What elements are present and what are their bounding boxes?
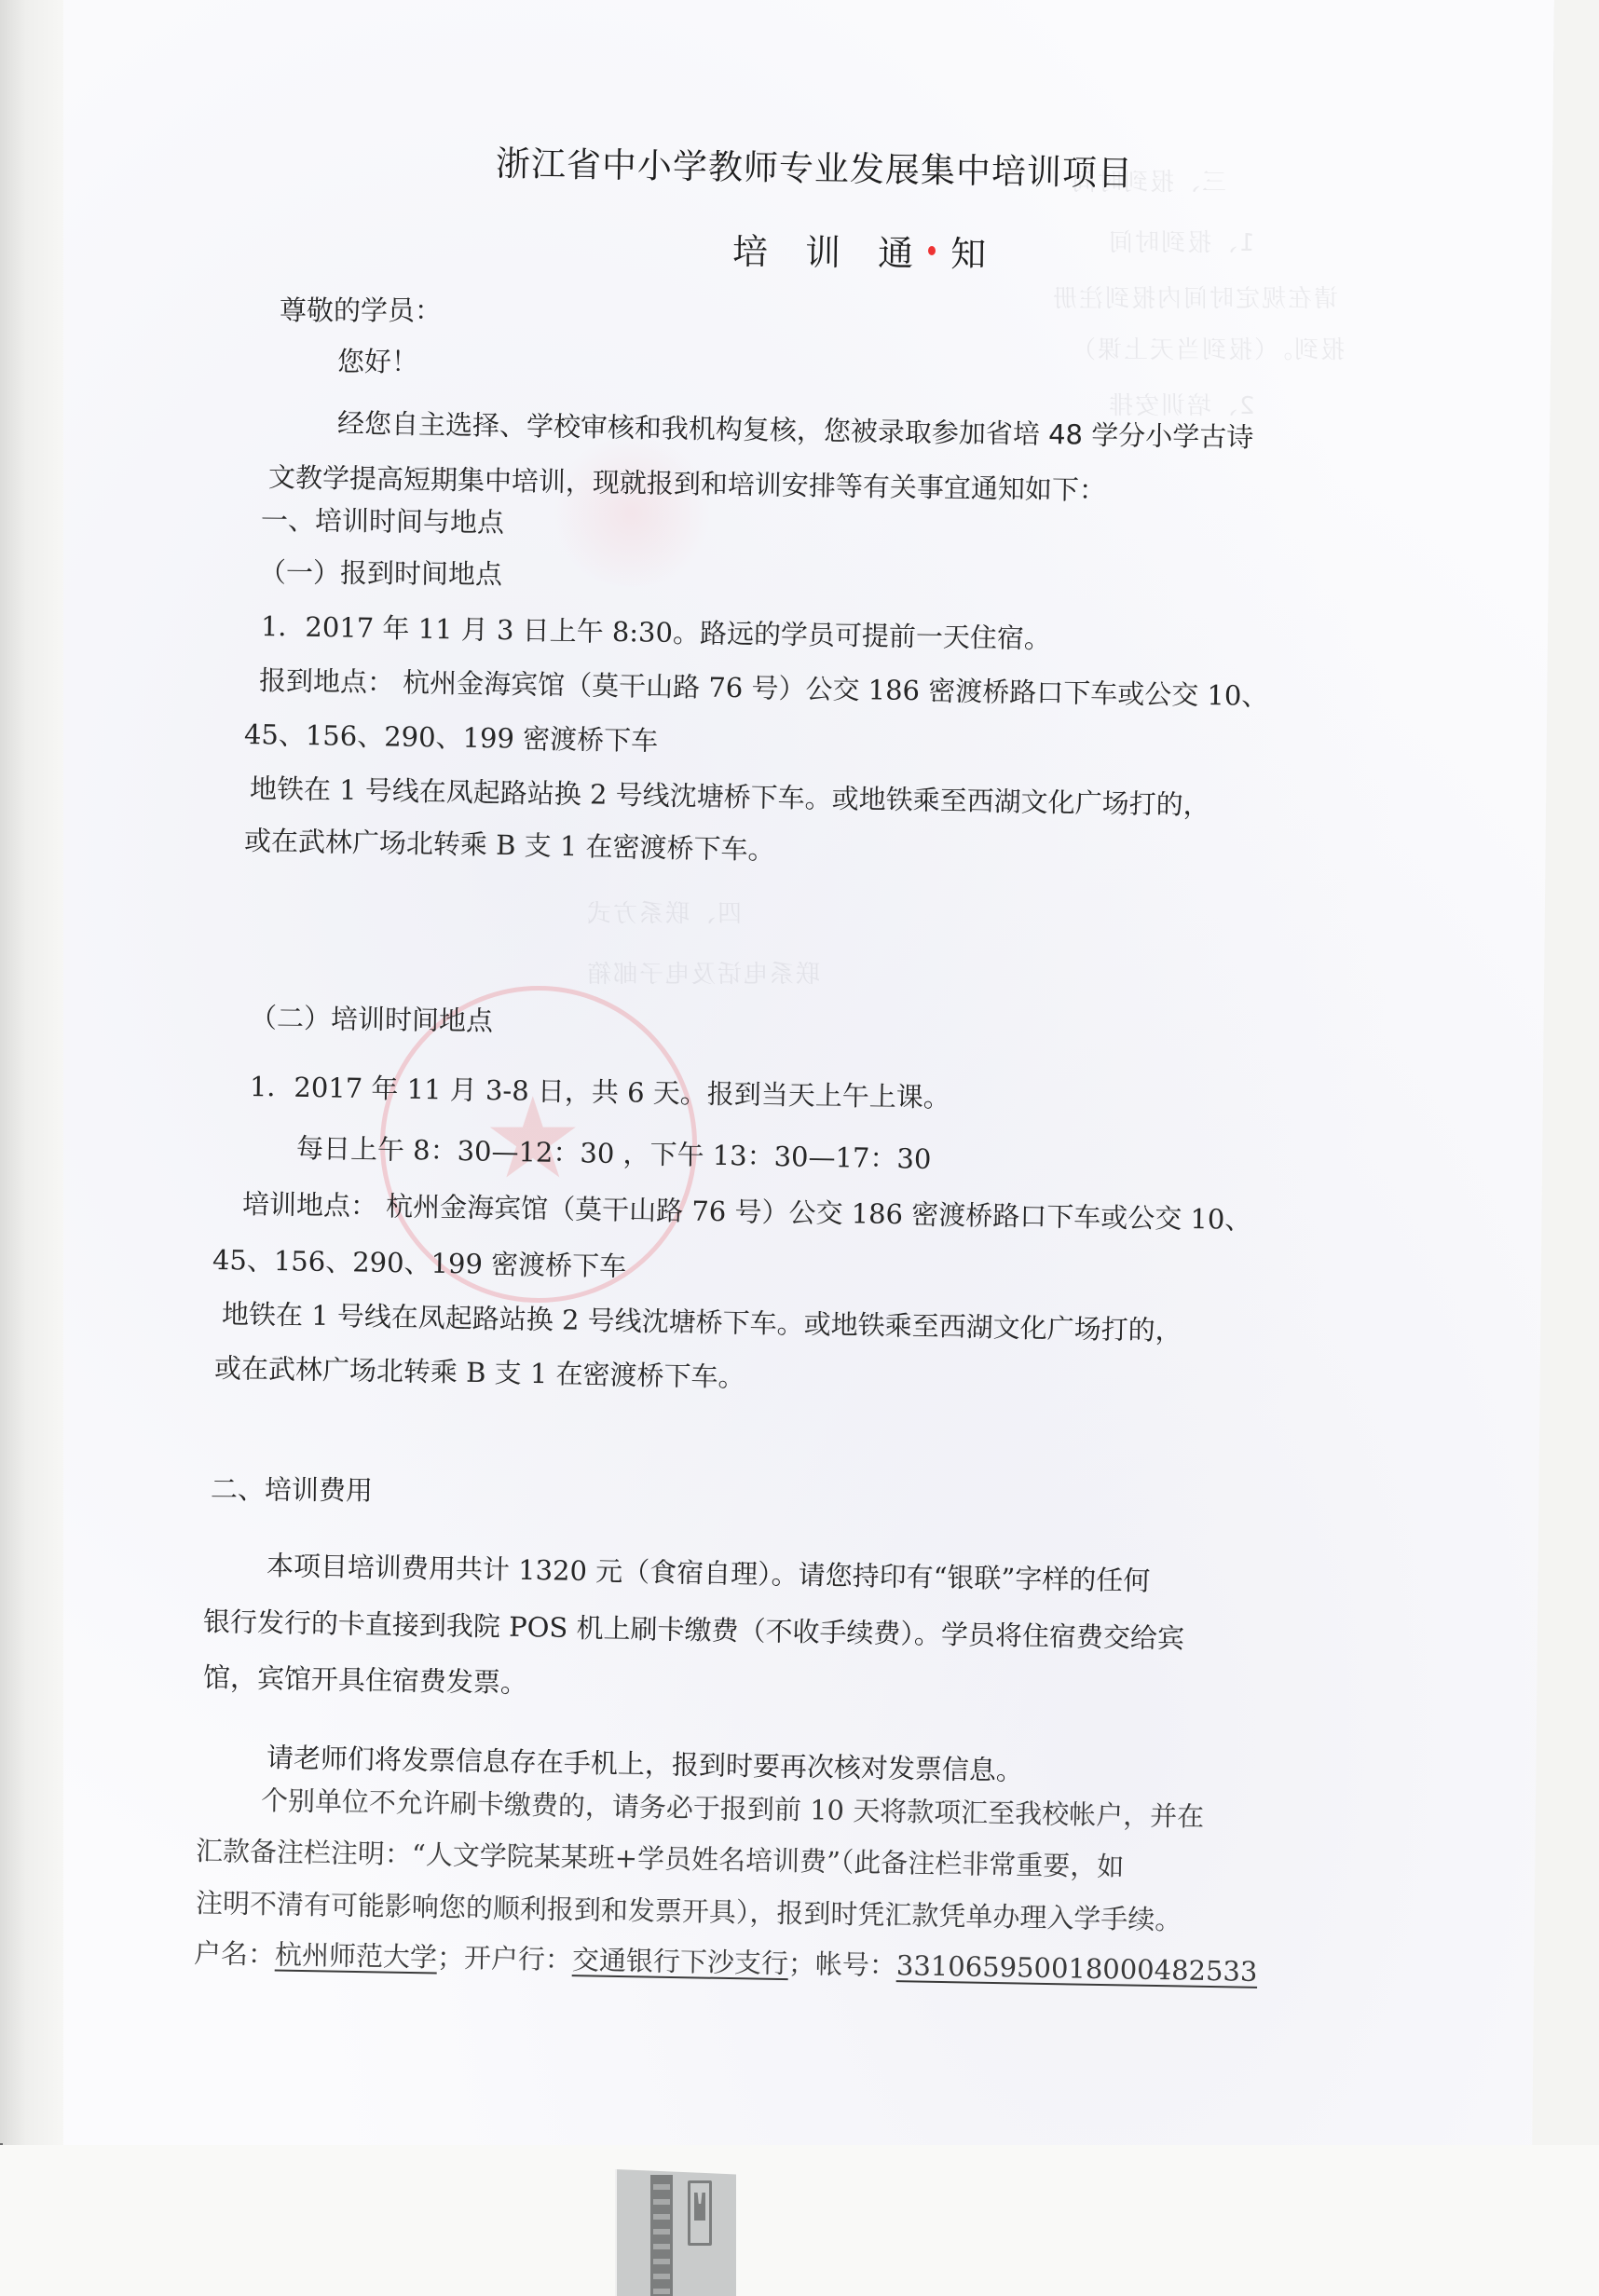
training-location-line-2: 45、156、290、199 密渡桥下车 — [212, 1243, 627, 1283]
greeting: 您好！ — [337, 345, 418, 378]
training-heading: （二）培训时间地点 — [250, 1001, 493, 1038]
registration-heading: （一）报到时间地点 — [259, 555, 502, 591]
account-number-value: 331065950018000482533 — [896, 1949, 1258, 1988]
account-number-label: ；帐号： — [788, 1947, 897, 1981]
document-title: 浙江省中小学教师专业发展集中培训项目 — [496, 147, 1133, 191]
section-2-heading: 二、培训费用 — [211, 1472, 373, 1508]
registration-location-line-2: 45、156、290、199 密渡桥下车 — [244, 717, 659, 758]
emblem-icon — [688, 2180, 712, 2246]
underlying-sheet — [0, 2145, 1599, 2296]
bank-value: 交通银行下沙支行 — [572, 1944, 789, 1979]
salutation: 尊敬的学员： — [280, 294, 442, 327]
bank-label: ；开户行： — [437, 1942, 573, 1976]
document-subtitle: 培 训 通 知 — [732, 235, 1000, 271]
underlying-card — [615, 2169, 736, 2296]
bleed-through-text: 2、培训安排 — [1107, 387, 1255, 421]
bleed-through-text: 请在规定时间内报到注册 — [1051, 280, 1338, 314]
scanner-bed-edge — [0, 0, 65, 2296]
account-name-label: 户名： — [194, 1937, 276, 1971]
fee-line-3: 馆，宾馆开具住宿费发票。 — [203, 1660, 528, 1700]
bleed-through-text: 报到。（报到当天上课） — [1070, 331, 1345, 365]
bleed-through-text: 四、联系方式 — [585, 895, 742, 929]
film-strip-icon — [650, 2175, 673, 2296]
account-name-value: 杭州师范大学 — [275, 1939, 438, 1974]
bleed-through-text: 联系电话及电子邮箱 — [585, 955, 820, 990]
section-1-heading: 一、培训时间与地点 — [261, 503, 504, 540]
stamp-smudge — [548, 438, 716, 587]
bleed-through-text: 1、报到时间 — [1107, 224, 1255, 258]
ink-mark — [928, 246, 936, 255]
